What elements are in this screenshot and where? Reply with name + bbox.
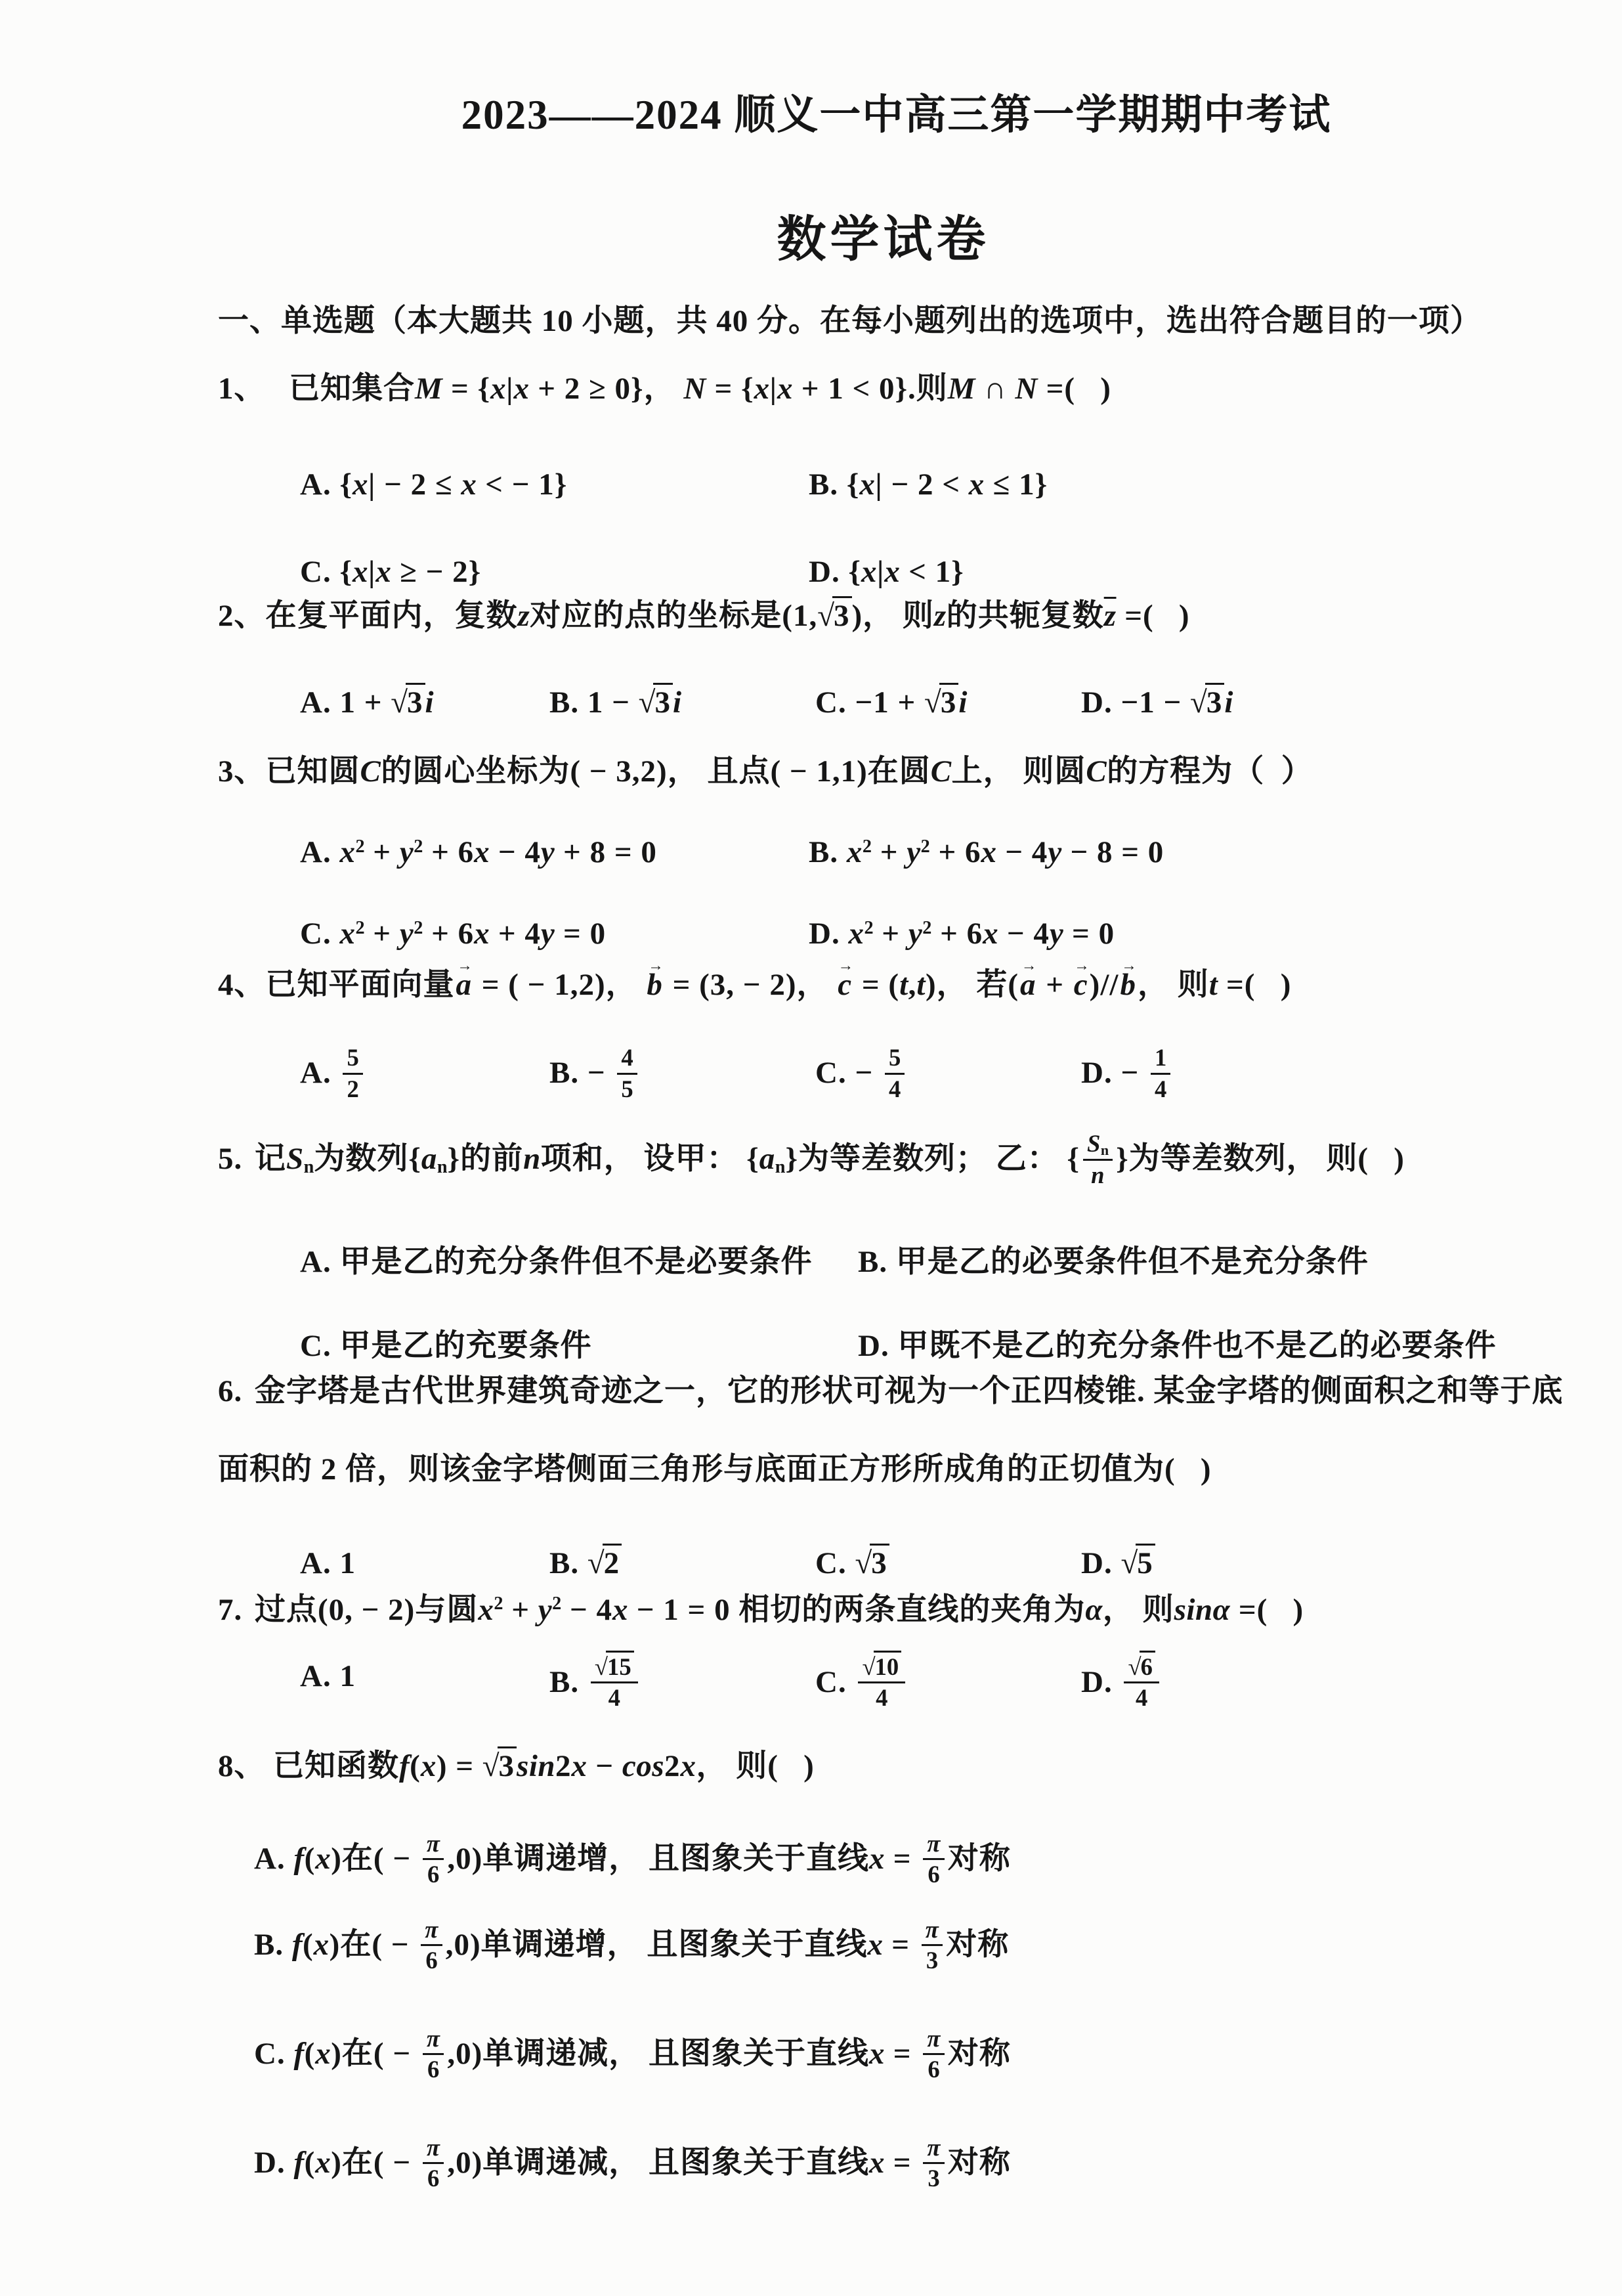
question-6-option-d: D. √5 [1081,1544,1606,1584]
question-3-option-b: B. x2 + y2 + 6x − 4y − 8 = 0 [809,833,1606,873]
question-2-option-d: D. −1 − √3i [1081,683,1606,723]
question-5-options: A. 甲是乙的充分条件但不是必要条件 B. 甲是乙的必要条件但不是充分条件 C.… [300,1242,1606,1366]
question-1-option-c: C. {x|x ≥ − 2} [300,552,809,592]
question-5-number: 5. [218,1139,255,1179]
question-1-number: 1、 [218,369,289,409]
question-4-option-a: A. 52 [300,1047,549,1104]
question-4-stem-text: 已知平面向量a = ( − 1,2)， b = (3, − 2)， c = (t… [266,968,1292,1002]
question-4-option-b: B. − 45 [549,1047,815,1104]
question-3-stem: 3、已知圆C的圆心坐标为( − 3,2)， 且点( − 1,1)在圆C上， 则圆… [218,752,1606,792]
question-4-number: 4、 [218,965,266,1005]
question-3-stem-text: 已知圆C的圆心坐标为( − 3,2)， 且点( − 1,1)在圆C上， 则圆C的… [266,754,1313,789]
question-1: 1、已知集合M = {x|x + 2 ≥ 0}， N = {x|x + 1 < … [218,369,1606,592]
question-5-option-d: D. 甲既不是乙的充分条件也不是乙的必要条件 [858,1326,1606,1366]
question-3-option-c: C. x2 + y2 + 6x + 4y = 0 [300,914,809,954]
question-8-option-c: C. f(x)在( − π6,0)单调递减， 且图象关于直线x = π6对称 [254,2028,1606,2085]
section-header: 一、单选题（本大题共 10 小题，共 40 分。在每小题列出的选项中，选出符合题… [218,301,1606,341]
question-2: 2、在复平面内，复数z对应的点的坐标是(1,√3)， 则z的共轭复数z =( )… [218,596,1606,723]
question-2-options: A. 1 + √3i B. 1 − √3i C. −1 + √3i D. −1 … [300,683,1606,723]
exam-subtitle: 数学试卷 [72,208,1622,272]
question-7-number: 7. [218,1590,255,1630]
question-1-option-a: A. {x| − 2 ≤ x < − 1} [300,465,809,505]
question-6-option-a: A. 1 [300,1544,549,1584]
question-6-stem-line2: 面积的 2 倍，则该金字塔侧面三角形与底面正方形所成角的正切值为( ) [218,1450,1606,1490]
question-1-stem: 1、已知集合M = {x|x + 2 ≥ 0}， N = {x|x + 1 < … [218,369,1606,409]
question-4-stem: 4、已知平面向量a = ( − 1,2)， b = (3, − 2)， c = … [218,965,1606,1005]
question-7-option-a: A. 1 [300,1657,549,1697]
question-5: 5.记Sn为数列{an}的前n项和， 设甲： {an}为等差数列； 乙： {Sn… [218,1133,1606,1366]
exam-title: 2023——2024 顺义一中高三第一学期期中考试 [85,0,1622,142]
question-2-stem: 2、在复平面内，复数z对应的点的坐标是(1,√3)， 则z的共轭复数z =( ) [218,596,1606,636]
question-2-option-a: A. 1 + √3i [300,683,549,723]
question-8: 8、已知函数f(x) = √3sin2x − cos2x， 则( ) A. f(… [218,1746,1606,2194]
question-8-options: A. f(x)在( − π6,0)单调递增， 且图象关于直线x = π6对称 B… [254,1833,1606,2194]
question-2-option-c: C. −1 + √3i [815,683,1081,723]
question-5-option-c: C. 甲是乙的充要条件 [300,1326,858,1366]
question-7-option-c: C. √104 [815,1657,1081,1713]
question-3: 3、已知圆C的圆心坐标为( − 3,2)， 且点( − 1,1)在圆C上， 则圆… [218,752,1606,954]
question-7-options: A. 1 B. √154 C. √104 D. √64 [300,1657,1606,1713]
question-3-options: A. x2 + y2 + 6x − 4y + 8 = 0 B. x2 + y2 … [300,833,1606,954]
question-3-option-a: A. x2 + y2 + 6x − 4y + 8 = 0 [300,833,809,873]
question-8-option-b: B. f(x)在( − π6,0)单调递增， 且图象关于直线x = π3对称 [254,1919,1606,1976]
question-6: 6.金字塔是古代世界建筑奇迹之一，它的形状可视为一个正四棱锥. 某金字塔的侧面积… [218,1372,1606,1583]
question-7: 7.过点(0, − 2)与圆x2 + y2 − 4x − 1 = 0 相切的两条… [218,1590,1606,1713]
exam-page: 2023——2024 顺义一中高三第一学期期中考试 数学试卷 一、单选题（本大题… [0,0,1622,2296]
question-4-options: A. 52 B. − 45 C. − 54 D. − 14 [300,1047,1606,1104]
question-6-number: 6. [218,1372,255,1412]
question-5-stem: 5.记Sn为数列{an}的前n项和， 设甲： {an}为等差数列； 乙： {Sn… [218,1133,1606,1190]
question-8-option-d: D. f(x)在( − π6,0)单调递减， 且图象关于直线x = π3对称 [254,2137,1606,2194]
question-6-option-c: C. √3 [815,1544,1081,1584]
question-7-option-d: D. √64 [1081,1657,1606,1713]
question-4-option-d: D. − 14 [1081,1047,1606,1104]
question-1-stem-text: 已知集合M = {x|x + 2 ≥ 0}， N = {x|x + 1 < 0}… [289,372,1111,406]
question-2-stem-text: 在复平面内，复数z对应的点的坐标是(1,√3)， 则z的共轭复数z =( ) [266,599,1190,633]
question-4-option-c: C. − 54 [815,1047,1081,1104]
question-8-stem: 8、已知函数f(x) = √3sin2x − cos2x， 则( ) [218,1746,1606,1787]
question-3-option-d: D. x2 + y2 + 6x − 4y = 0 [809,914,1606,954]
question-5-option-a: A. 甲是乙的充分条件但不是必要条件 [300,1242,858,1282]
question-1-option-b: B. {x| − 2 < x ≤ 1} [809,465,1606,505]
question-5-option-b: B. 甲是乙的必要条件但不是充分条件 [858,1242,1606,1282]
question-6-options: A. 1 B. √2 C. √3 D. √5 [300,1544,1606,1584]
question-8-option-a: A. f(x)在( − π6,0)单调递增， 且图象关于直线x = π6对称 [254,1833,1606,1890]
question-7-stem: 7.过点(0, − 2)与圆x2 + y2 − 4x − 1 = 0 相切的两条… [218,1590,1606,1630]
question-2-number: 2、 [218,596,266,636]
question-8-stem-text: 已知函数f(x) = √3sin2x − cos2x， 则( ) [273,1749,815,1783]
question-8-number: 8、 [218,1746,273,1787]
question-6-option-b: B. √2 [549,1544,815,1584]
question-1-options: A. {x| − 2 ≤ x < − 1} B. {x| − 2 < x ≤ 1… [300,465,1606,592]
question-7-stem-text: 过点(0, − 2)与圆x2 + y2 − 4x − 1 = 0 相切的两条直线… [255,1593,1304,1627]
question-1-option-d: D. {x|x < 1} [809,552,1606,592]
question-6-stem: 6.金字塔是古代世界建筑奇迹之一，它的形状可视为一个正四棱锥. 某金字塔的侧面积… [218,1372,1606,1412]
question-6-stem-text: 金字塔是古代世界建筑奇迹之一，它的形状可视为一个正四棱锥. 某金字塔的侧面积之和… [255,1374,1564,1408]
question-4: 4、已知平面向量a = ( − 1,2)， b = (3, − 2)， c = … [218,965,1606,1104]
question-3-number: 3、 [218,752,266,792]
question-2-option-b: B. 1 − √3i [549,683,815,723]
question-5-stem-text: 记Sn为数列{an}的前n项和， 设甲： {an}为等差数列； 乙： {Snn}… [255,1142,1405,1176]
question-7-option-b: B. √154 [549,1657,815,1713]
